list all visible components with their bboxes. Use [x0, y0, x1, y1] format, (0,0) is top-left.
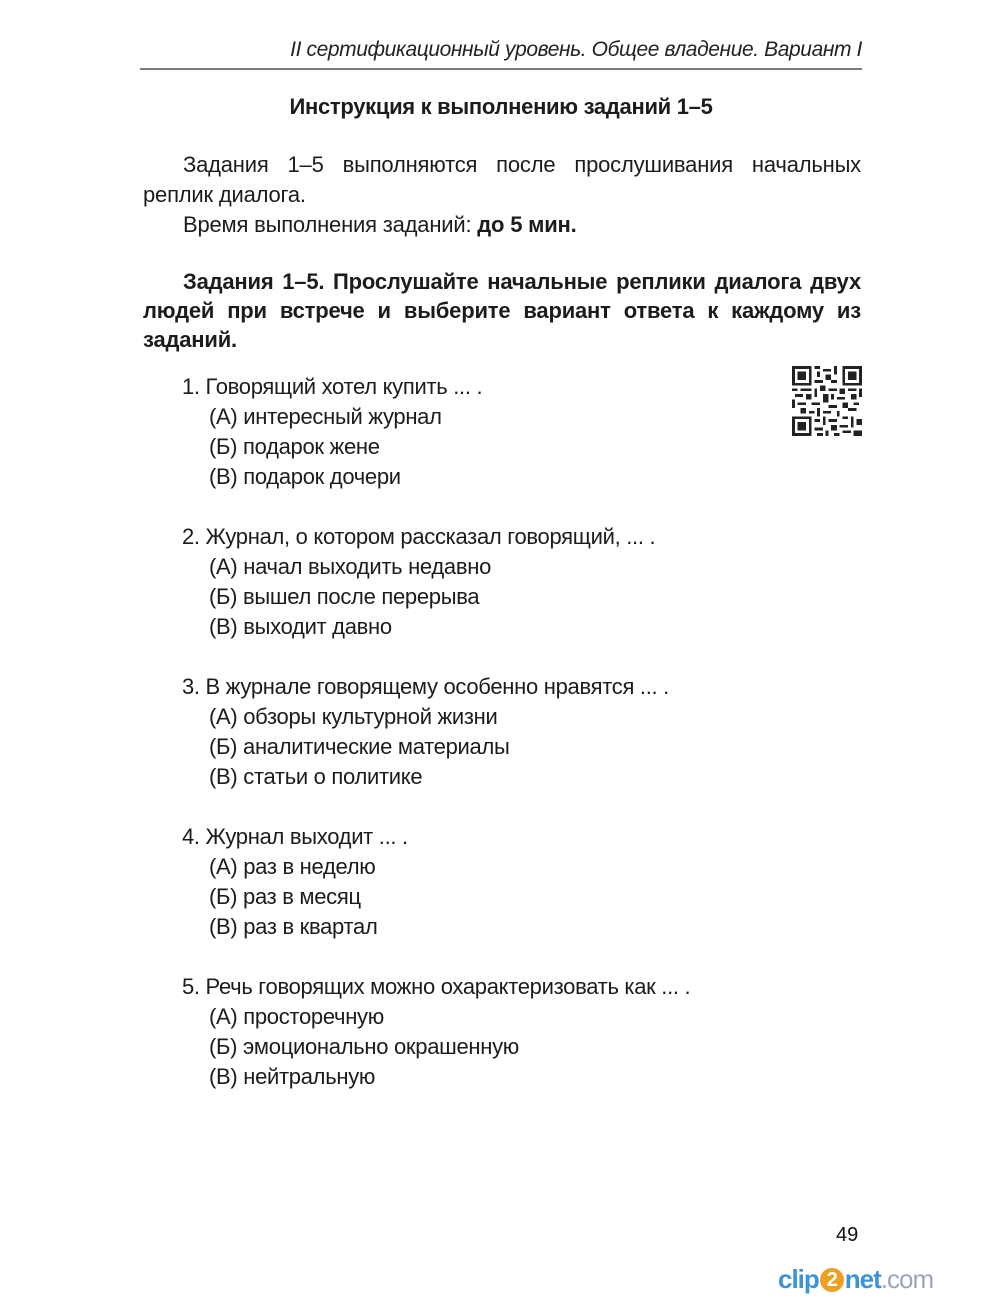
time-limit: Время выполнения заданий: до 5 мин.: [143, 210, 861, 240]
task-heading: Задания 1–5. Прослушайте начальные репли…: [143, 267, 861, 354]
option-a: (А) раз в неделю: [182, 852, 782, 882]
option-c: (В) нейтральную: [182, 1062, 782, 1092]
question-5: 5. Речь говорящих можно охарактеризовать…: [182, 972, 782, 1092]
watermark-suffix: net: [845, 1264, 881, 1295]
option-b: (Б) раз в месяц: [182, 882, 782, 912]
option-a: (А) интересный журнал: [182, 402, 782, 432]
option-b: (Б) аналитические материалы: [182, 732, 782, 762]
option-b: (Б) вышел после перерыва: [182, 582, 782, 612]
question-text: 1. Говорящий хотел купить ... .: [182, 372, 782, 402]
header-divider: [140, 68, 862, 70]
time-limit-label: Время выполнения заданий:: [183, 212, 477, 237]
option-c: (В) выходит давно: [182, 612, 782, 642]
qr-code-icon: [792, 366, 862, 436]
section-title: Инструкция к выполнению заданий 1–5: [140, 94, 862, 120]
instructions-paragraph: Задания 1–5 выполняются после прослушива…: [143, 150, 861, 210]
question-text: 5. Речь говорящих можно охарактеризовать…: [182, 972, 782, 1002]
watermark-prefix: clip: [778, 1264, 819, 1295]
option-c: (В) статьи о политике: [182, 762, 782, 792]
running-header: II сертификационный уровень. Общее владе…: [140, 38, 862, 62]
question-text: 3. В журнале говорящему особенно нравятс…: [182, 672, 782, 702]
page-number: 49: [836, 1224, 858, 1247]
option-b: (Б) эмоционально окрашенную: [182, 1032, 782, 1062]
question-text: 4. Журнал выходит ... .: [182, 822, 782, 852]
option-a: (А) обзоры культурной жизни: [182, 702, 782, 732]
question-list: 1. Говорящий хотел купить ... . (А) инте…: [182, 372, 782, 1122]
watermark-logo: clip 2 net .com: [778, 1264, 933, 1295]
option-a: (А) начал выходить недавно: [182, 552, 782, 582]
time-limit-value: до 5 мин.: [477, 212, 576, 237]
option-c: (В) подарок дочери: [182, 462, 782, 492]
watermark-digit: 2: [820, 1268, 844, 1292]
question-2: 2. Журнал, о котором рассказал говорящий…: [182, 522, 782, 642]
watermark-tld: .com: [881, 1264, 933, 1295]
option-c: (В) раз в квартал: [182, 912, 782, 942]
question-1: 1. Говорящий хотел купить ... . (А) инте…: [182, 372, 782, 492]
question-4: 4. Журнал выходит ... . (А) раз в неделю…: [182, 822, 782, 942]
instructions: Задания 1–5 выполняются после прослушива…: [143, 150, 861, 240]
question-text: 2. Журнал, о котором рассказал говорящий…: [182, 522, 782, 552]
question-3: 3. В журнале говорящему особенно нравятс…: [182, 672, 782, 792]
option-a: (А) просторечную: [182, 1002, 782, 1032]
option-b: (Б) подарок жене: [182, 432, 782, 462]
